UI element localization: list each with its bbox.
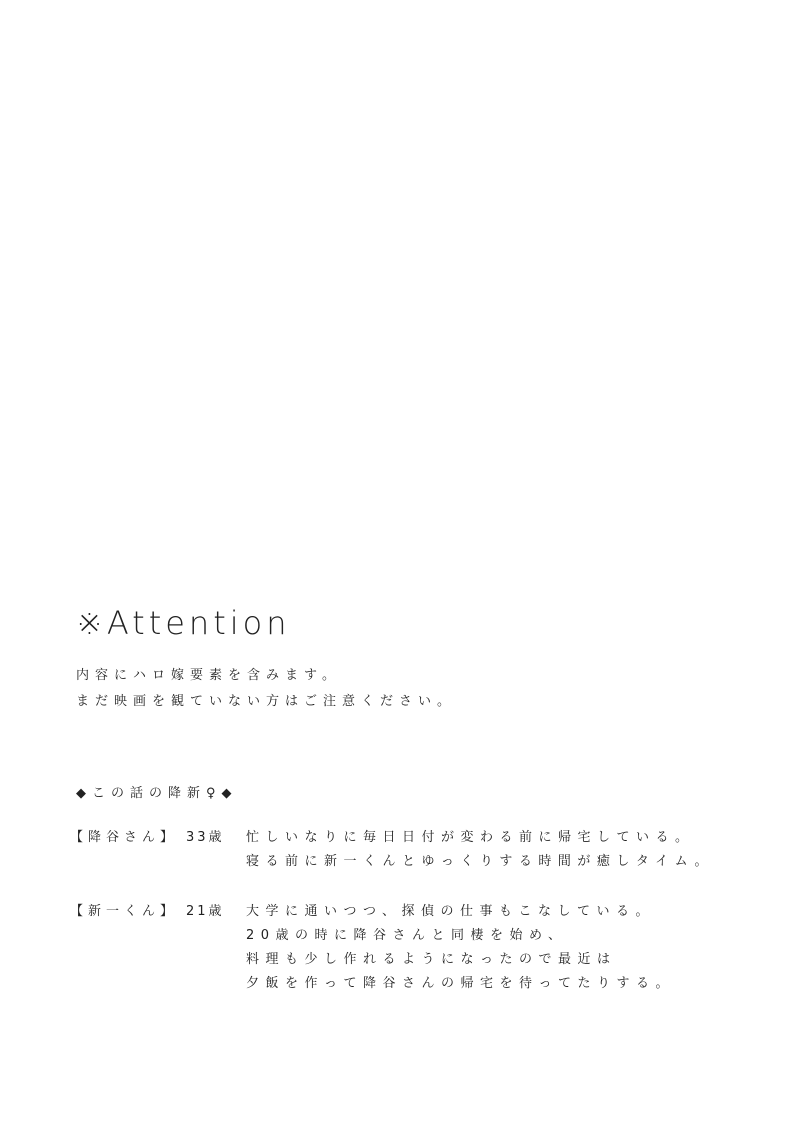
attention-note-1: 内容にハロ嫁要素を含みます。 (76, 664, 341, 683)
description-line: 夕飯を作って降谷さんの帰宅を待ってたりする。 (246, 972, 675, 996)
attention-note-2: まだ映画を観ていない方はご注意ください。 (76, 690, 456, 709)
description-line: 大学に通いつつ、探偵の仕事もこなしている。 (246, 900, 675, 924)
character-age: 21歳 (186, 900, 225, 919)
character-description: 忙しいなりに毎日日付が変わる前に帰宅している。 寝る前に新一くんとゆっくりする時… (246, 826, 714, 874)
description-line: 寝る前に新一くんとゆっくりする時間が癒しタイム。 (246, 850, 714, 874)
character-description: 大学に通いつつ、探偵の仕事もこなしている。 20歳の時に降谷さんと同棲を始め、 … (246, 900, 675, 996)
description-line: 20歳の時に降谷さんと同棲を始め、 (246, 924, 675, 948)
description-line: 忙しいなりに毎日日付が変わる前に帰宅している。 (246, 826, 714, 850)
section-heading: ◆この話の降新♀◆ (76, 782, 238, 801)
character-age: 33歳 (186, 826, 225, 845)
character-name: 【新一くん】 (70, 900, 178, 919)
page-title: ※Attention (76, 604, 291, 642)
description-line: 料理も少し作れるようになったので最近は (246, 948, 675, 972)
character-name: 【降谷さん】 (70, 826, 178, 845)
